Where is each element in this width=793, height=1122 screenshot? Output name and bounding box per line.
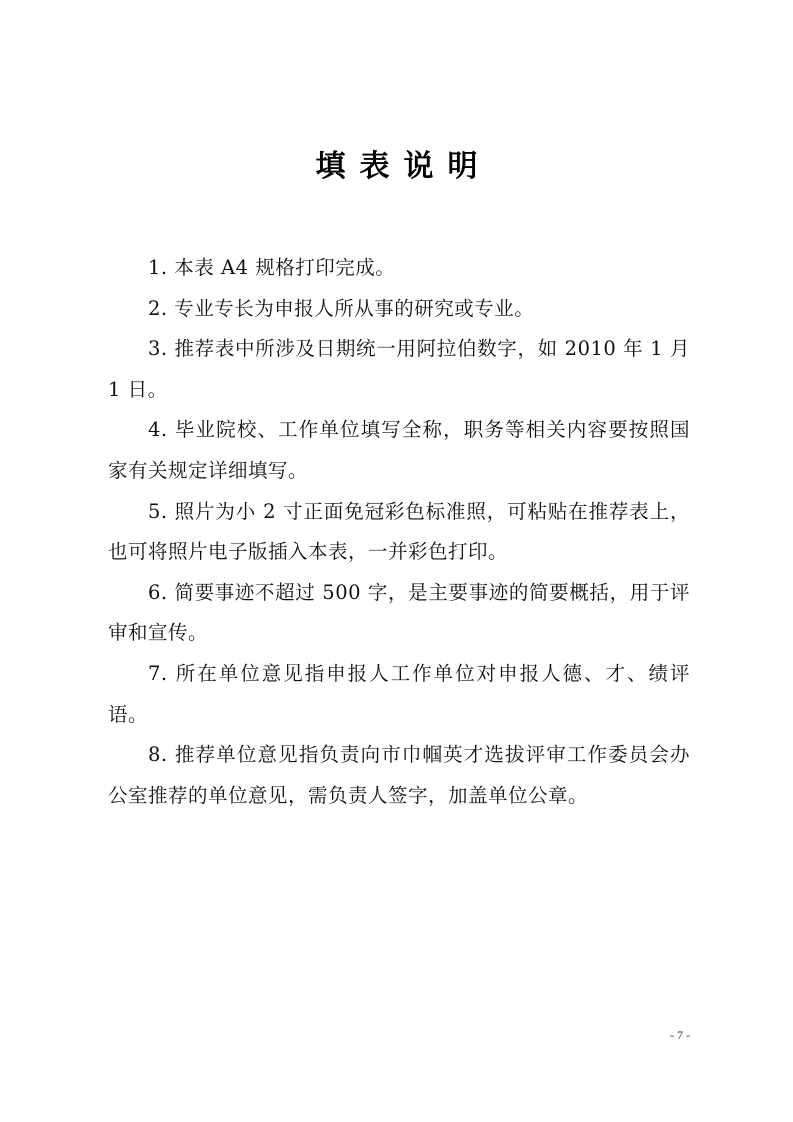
instruction-item-2: 2. 专业专长为申报人所从事的研究或专业。	[108, 289, 690, 330]
instruction-item-5: 5. 照片为小 2 寸正面免冠彩色标准照，可粘贴在推荐表上，也可将照片电子版插入…	[108, 492, 690, 573]
instruction-item-1: 1. 本表 A4 规格打印完成。	[108, 248, 690, 289]
page-title: 填表说明	[0, 145, 793, 189]
instructions-list: 1. 本表 A4 规格打印完成。 2. 专业专长为申报人所从事的研究或专业。 3…	[108, 248, 690, 816]
page-number: - 7 -	[660, 1028, 700, 1043]
instruction-item-7: 7. 所在单位意见指申报人工作单位对申报人德、才、绩评语。	[108, 654, 690, 735]
instruction-item-3: 3. 推荐表中所涉及日期统一用阿拉伯数字，如 2010 年 1 月 1 日。	[108, 329, 690, 410]
instruction-item-6: 6. 简要事迹不超过 500 字，是主要事迹的简要概括，用于评审和宣传。	[108, 573, 690, 654]
instruction-item-8: 8. 推荐单位意见指负责向市巾帼英才选拔评审工作委员会办公室推荐的单位意见，需负…	[108, 735, 690, 816]
instruction-item-4: 4. 毕业院校、工作单位填写全称，职务等相关内容要按照国家有关规定详细填写。	[108, 410, 690, 491]
